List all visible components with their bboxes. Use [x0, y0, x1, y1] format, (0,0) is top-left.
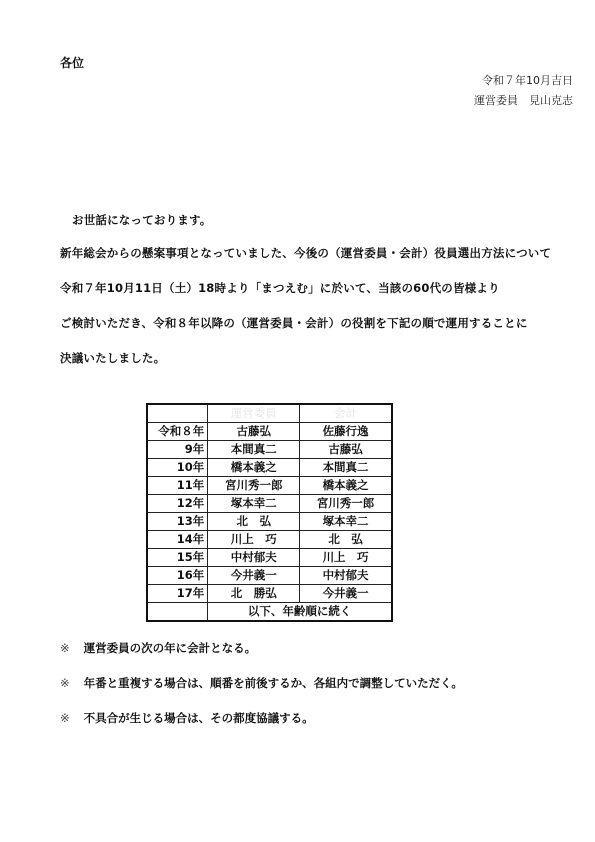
row-year: 17年 [147, 585, 208, 603]
row-year: 11年 [147, 477, 208, 495]
table-row: 12年 塚本幸二 宮川秀一郎 [147, 495, 392, 513]
row-committee: 川上 巧 [208, 531, 300, 549]
row-year: 14年 [147, 531, 208, 549]
body-line-2: 令和７年10月11日（土）18時より「まつえむ」に於いて、当該の60代の皆様より [60, 280, 500, 296]
row-committee: 橋本義之 [208, 459, 300, 477]
row-accounting: 北 弘 [300, 531, 392, 549]
row-accounting: 今井義一 [300, 585, 392, 603]
row-accounting: 古藤弘 [300, 441, 392, 459]
row-accounting: 塚本幸二 [300, 513, 392, 531]
body-line-4: 決議いたしました。 [60, 350, 165, 366]
note-1: ※運営委員の次の年に会計となる。 [60, 640, 256, 656]
row-committee: 北 弘 [208, 513, 300, 531]
table-row: 11年 宮川秀一郎 橋本義之 [147, 477, 392, 495]
row-accounting: 橋本義之 [300, 477, 392, 495]
reference-mark-icon: ※ [60, 711, 70, 725]
note-text: 運営委員の次の年に会計となる。 [84, 641, 257, 655]
row-accounting: 宮川秀一郎 [300, 495, 392, 513]
header-accounting: 会計 [300, 404, 392, 423]
row-committee: 塚本幸二 [208, 495, 300, 513]
row-year: 16年 [147, 567, 208, 585]
note-text: 不具合が生じる場合は、その都度協議する。 [84, 711, 314, 725]
table-row: 9年 本間真二 古藤弘 [147, 441, 392, 459]
row-committee: 本間真二 [208, 441, 300, 459]
table-row: 16年 今井義一 中村郁夫 [147, 567, 392, 585]
row-year: 15年 [147, 549, 208, 567]
row-year: 13年 [147, 513, 208, 531]
footer-note: 以下、年齢順に続く [208, 603, 392, 622]
note-3: ※不具合が生じる場合は、その都度協議する。 [60, 710, 314, 726]
header-committee: 運営委員 [208, 404, 300, 423]
row-committee: 宮川秀一郎 [208, 477, 300, 495]
row-year: 9年 [147, 441, 208, 459]
row-year: 12年 [147, 495, 208, 513]
reference-mark-icon: ※ [60, 641, 70, 655]
row-accounting: 本間真二 [300, 459, 392, 477]
note-text: 年番と重複する場合は、順番を前後するか、各組内で調整していただく。 [84, 676, 463, 690]
table-row: 14年 川上 巧 北 弘 [147, 531, 392, 549]
table-header-row: 運営委員 会計 [147, 404, 392, 423]
footer-empty-cell [147, 603, 208, 622]
row-year: 令和８年 [147, 423, 208, 441]
table-row: 13年 北 弘 塚本幸二 [147, 513, 392, 531]
table-row: 令和８年 古藤弘 佐藤行逸 [147, 423, 392, 441]
table-footer-row: 以下、年齢順に続く [147, 603, 392, 622]
table-row: 17年 北 勝弘 今井義一 [147, 585, 392, 603]
body-line-3: ご検討いただき、令和８年以降の（運営委員・会計）の役割を下記の順で運用することに [60, 315, 528, 331]
row-committee: 今井義一 [208, 567, 300, 585]
row-committee: 中村郁夫 [208, 549, 300, 567]
greeting-paragraph: お世話になっております。 [72, 212, 211, 228]
row-accounting: 中村郁夫 [300, 567, 392, 585]
salutation: 各位 [60, 54, 84, 71]
row-year: 10年 [147, 459, 208, 477]
letter-sender: 運営委員 見山克志 [474, 92, 573, 108]
header-year [147, 404, 208, 423]
letter-date: 令和７年10月吉日 [482, 72, 573, 88]
table-row: 10年 橋本義之 本間真二 [147, 459, 392, 477]
body-line-1: 新年総会からの懸案事項となっていました、今後の（運営委員・会計）役員選出方法につ… [60, 245, 551, 261]
row-accounting: 川上 巧 [300, 549, 392, 567]
row-committee: 北 勝弘 [208, 585, 300, 603]
row-accounting: 佐藤行逸 [300, 423, 392, 441]
table-row: 15年 中村郁夫 川上 巧 [147, 549, 392, 567]
note-2: ※年番と重複する場合は、順番を前後するか、各組内で調整していただく。 [60, 675, 463, 691]
reference-mark-icon: ※ [60, 676, 70, 690]
rotation-schedule-table: 運営委員 会計 令和８年 古藤弘 佐藤行逸 9年 本間真二 古藤弘 10年 橋本… [146, 403, 393, 622]
row-committee: 古藤弘 [208, 423, 300, 441]
